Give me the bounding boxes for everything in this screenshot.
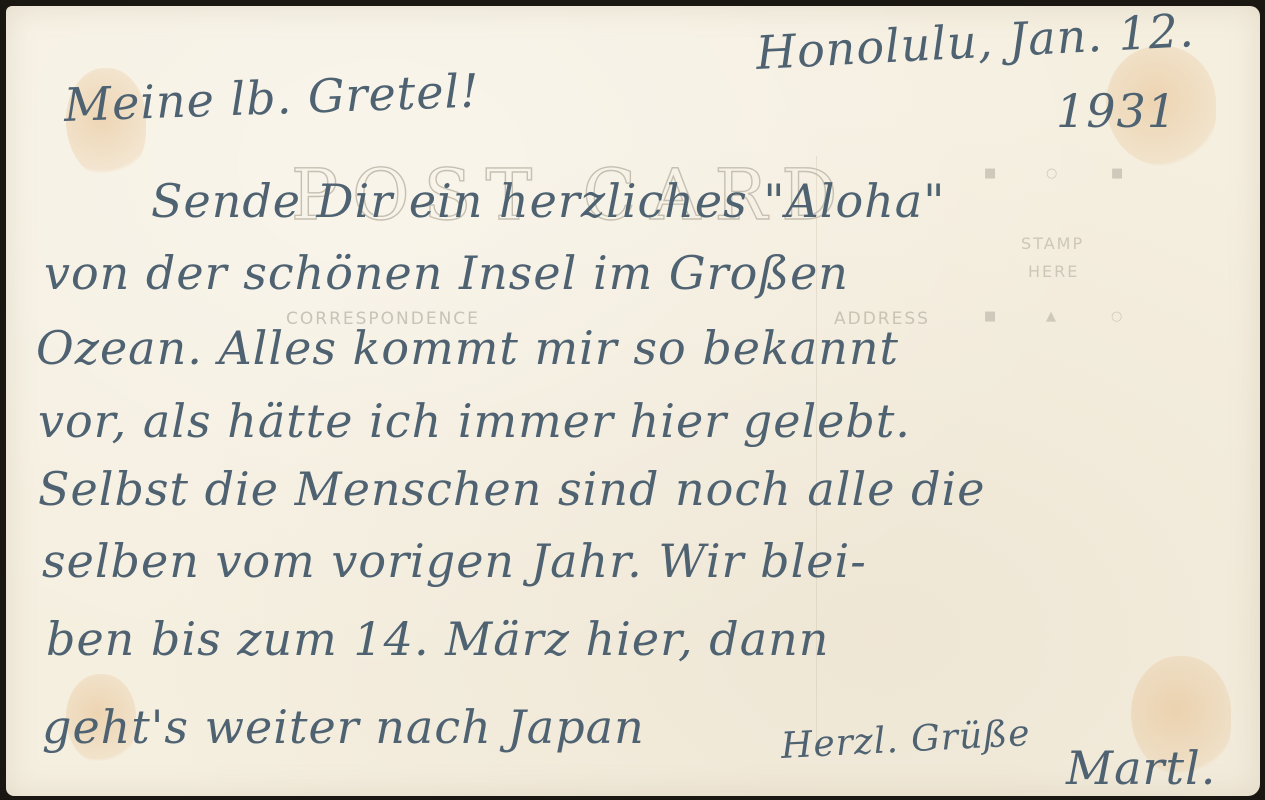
- postcard: POST CARD CORRESPONDENCE ADDRESS ■ ○ ■ S…: [6, 6, 1260, 796]
- message-line-8: geht's weiter nach Japan: [42, 700, 645, 754]
- message-line-4: vor, als hätte ich immer hier gelebt.: [38, 394, 911, 448]
- stamp-label-line1: STAMP: [1021, 234, 1084, 253]
- stamp-corner-mark: ○: [1111, 309, 1122, 324]
- stamp-corner-mark: ■: [984, 166, 996, 181]
- stamp-box: ■ ○ ■ STAMP HERE ■ ▲ ○: [976, 164, 1146, 324]
- message-line-1: Sende Dir ein herzliches "Aloha": [151, 174, 945, 228]
- message-line-6: selben vom vorigen Jahr. Wir blei-: [42, 534, 867, 588]
- message-line-7: ben bis zum 14. März hier, dann: [46, 612, 829, 666]
- message-line-3: Ozean. Alles kommt mir so bekannt: [36, 321, 899, 375]
- message-line-5: Selbst die Menschen sind noch alle die: [38, 462, 985, 516]
- stamp-corner-mark: ■: [984, 309, 996, 324]
- year: 1931: [1056, 84, 1177, 138]
- stamp-corner-mark: ■: [1111, 166, 1123, 181]
- stamp-corner-mark: ○: [1046, 166, 1057, 181]
- stamp-label-line2: HERE: [1028, 262, 1079, 281]
- signature: Martl.: [1066, 741, 1216, 795]
- closing: Herzl. Grüße: [780, 713, 1032, 767]
- stamp-corner-mark: ▲: [1046, 309, 1056, 324]
- message-line-2: von der schönen Insel im Großen: [44, 246, 849, 300]
